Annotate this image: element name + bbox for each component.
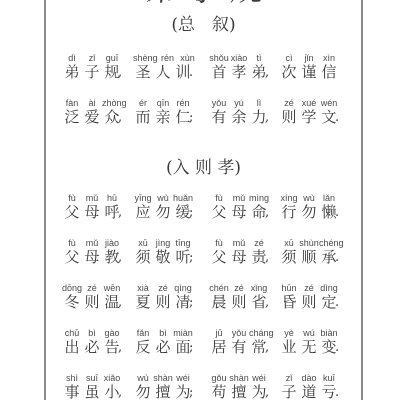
hanzi-character: 业 — [279, 339, 299, 356]
pinyin-syllable: yè — [279, 328, 299, 338]
pinyin-syllable: gào — [102, 328, 122, 338]
phrase-group: hūnzédìng昏则定. — [279, 283, 355, 311]
verse-row: fùmǔjiào父母教,xūjìngtīng须敬听;fùmǔzé父母责,xūsh… — [62, 238, 362, 266]
pinyin-line: fànàizhòng — [62, 98, 133, 108]
pinyin-line: xíngwùlǎn — [279, 193, 355, 203]
phrase-group: jūyǒucháng居有常, — [209, 328, 279, 356]
hanzi-character: 事 — [62, 384, 82, 400]
pinyin-syllable: rén — [173, 98, 193, 108]
hanzi-character: 父 — [62, 204, 82, 221]
pinyin-syllable: bì — [153, 328, 173, 338]
punctuation-mark: , — [265, 64, 269, 81]
punctuation-mark: , — [265, 384, 269, 400]
hanzi-character: 则 — [299, 294, 319, 311]
hanzi-character: 子 — [279, 384, 299, 400]
punctuation-mark: , — [118, 339, 122, 356]
hanzi-character: 冬 — [62, 294, 82, 311]
text-content: (总 叙) dìzǐguī弟子规,shèngrénxùn圣人训.shǒuxiào… — [62, 0, 362, 400]
pinyin-syllable: yǒu — [209, 98, 229, 108]
hanzi-line: 而亲仁; — [133, 109, 209, 126]
punctuation-mark: ; — [189, 294, 193, 311]
pinyin-syllable: fù — [62, 193, 82, 203]
phrase-group: xūjìngtīng须敬听; — [133, 238, 209, 266]
punctuation-mark: ; — [189, 204, 193, 221]
phrase-group: fùmǔjiào父母教, — [62, 238, 133, 266]
hanzi-character: 而 — [133, 109, 153, 126]
pinyin-syllable: rén — [158, 53, 178, 63]
pinyin-line: yèwúbiàn — [279, 328, 355, 338]
phrase-group: zéxuéwén则学文. — [279, 98, 355, 126]
phrase-group: cìjǐnxìn次谨信 — [279, 53, 355, 81]
phrase-group: fùmǔhū父母呼, — [62, 193, 133, 221]
pinyin-syllable: dào — [299, 373, 319, 383]
punctuation-mark: , — [265, 204, 269, 221]
punctuation-mark: ; — [189, 109, 193, 126]
hanzi-line: 苟擅为, — [209, 384, 279, 400]
phrase-group: fànàizhòng泛爱众, — [62, 98, 133, 126]
pinyin-syllable: dōng — [62, 283, 82, 293]
pinyin-line: xūjìngtīng — [133, 238, 209, 248]
hanzi-line: 则学文. — [279, 109, 355, 126]
phrase-group: zǐdàokuī子道亏. — [279, 373, 355, 400]
left-rule-line — [44, 0, 46, 400]
pinyin-syllable: shèng — [133, 53, 158, 63]
hanzi-character: 擅 — [229, 384, 249, 400]
hanzi-line: 夏则凊; — [133, 294, 209, 311]
hanzi-character: 应 — [133, 204, 153, 221]
phrase-group: wùshànwéi勿擅为; — [133, 373, 209, 400]
punctuation-mark: ; — [189, 339, 193, 356]
pinyin-syllable: mǔ — [229, 238, 249, 248]
phrase-group: dōngzéwēn冬则温, — [62, 283, 133, 311]
hanzi-character: 须 — [279, 249, 299, 266]
punctuation-mark: . — [335, 109, 339, 126]
pinyin-line: shìsuīxiǎo — [62, 373, 133, 383]
hanzi-character: 则 — [82, 294, 102, 311]
pinyin-line: dìzǐguī — [62, 53, 133, 63]
pinyin-syllable: xíng — [279, 193, 299, 203]
hanzi-line: 反必面; — [133, 339, 209, 356]
punctuation-mark: . — [335, 249, 339, 266]
hanzi-character: 爱 — [82, 109, 102, 126]
pinyin-line: zéxuéwén — [279, 98, 355, 108]
pinyin-syllable: xū — [279, 238, 299, 248]
hanzi-character: 母 — [82, 204, 102, 221]
pinyin-syllable: fù — [209, 238, 229, 248]
hanzi-line: 昏则定. — [279, 294, 355, 311]
pinyin-syllable: fàn — [62, 98, 82, 108]
hanzi-character: 出 — [62, 339, 82, 356]
pinyin-line: fùmǔmìng — [209, 193, 279, 203]
pinyin-syllable: zé — [279, 98, 299, 108]
verse-row: shìsuīxiǎo事虽小,wùshànwéi勿擅为;gǒushànwéi苟擅为… — [62, 373, 362, 400]
hanzi-line: 晨则省, — [209, 294, 279, 311]
verse-row: fànàizhòng泛爱众,érqīnrén而亲仁;yǒuyúlì有余力,zéx… — [62, 98, 362, 126]
phrase-group: fùmǔmìng父母命, — [209, 193, 279, 221]
pinyin-syllable: biàn — [319, 328, 339, 338]
hanzi-line: 须顺承. — [279, 249, 355, 266]
pinyin-syllable: shàn — [229, 373, 249, 383]
pinyin-syllable: ér — [133, 98, 153, 108]
pinyin-syllable: xiǎo — [102, 373, 122, 383]
hanzi-line: 圣人训. — [133, 64, 209, 81]
hanzi-character: 首 — [209, 64, 229, 81]
phrase-group: yīngwùhuǎn应勿缓; — [133, 193, 209, 221]
pinyin-syllable: mǔ — [82, 238, 102, 248]
punctuation-mark: . — [335, 204, 339, 221]
pinyin-syllable: yīng — [133, 193, 153, 203]
pinyin-line: jūyǒucháng — [209, 328, 279, 338]
hanzi-line: 父母责, — [209, 249, 279, 266]
punctuation-mark: , — [265, 339, 269, 356]
pinyin-syllable: suī — [82, 373, 102, 383]
pinyin-syllable: dìng — [319, 283, 339, 293]
pinyin-syllable: zé — [299, 283, 319, 293]
hanzi-character: 勿 — [153, 204, 173, 221]
hanzi-character: 母 — [229, 204, 249, 221]
pinyin-line: gǒushànwéi — [209, 373, 279, 383]
hanzi-character: 道 — [299, 384, 319, 400]
pinyin-line: yīngwùhuǎn — [133, 193, 209, 203]
pinyin-syllable: shì — [62, 373, 82, 383]
punctuation-mark: , — [118, 384, 122, 400]
punctuation-mark: , — [118, 64, 122, 81]
hanzi-character: 学 — [299, 109, 319, 126]
hanzi-line: 出必告, — [62, 339, 133, 356]
pinyin-syllable: mǔ — [229, 193, 249, 203]
hanzi-character: 必 — [153, 339, 173, 356]
pinyin-line: érqīnrén — [133, 98, 209, 108]
hanzi-character: 无 — [299, 339, 319, 356]
phrase-group: shìsuīxiǎo事虽小, — [62, 373, 133, 400]
hanzi-character: 须 — [133, 249, 153, 266]
hanzi-character: 泛 — [62, 109, 82, 126]
pinyin-syllable: mìng — [249, 193, 269, 203]
phrase-group: chénzéxǐng晨则省, — [209, 283, 279, 311]
hanzi-character: 行 — [279, 204, 299, 221]
punctuation-mark: , — [265, 109, 269, 126]
pinyin-syllable: kuī — [319, 373, 339, 383]
pinyin-line: xiàzéqìng — [133, 283, 209, 293]
punctuation-mark: ; — [189, 384, 193, 400]
pinyin-syllable: jū — [209, 328, 229, 338]
hanzi-character: 则 — [229, 294, 249, 311]
punctuation-mark: . — [335, 294, 339, 311]
pinyin-syllable: cì — [279, 53, 299, 63]
punctuation-mark: , — [118, 109, 122, 126]
hanzi-line: 有余力, — [209, 109, 279, 126]
verse-list: fùmǔhū父母呼,yīngwùhuǎn应勿缓;fùmǔmìng父母命,xíng… — [62, 193, 362, 400]
pinyin-syllable: shǒu — [209, 53, 229, 63]
hanzi-line: 父母命, — [209, 204, 279, 221]
hanzi-character: 晨 — [209, 294, 229, 311]
pinyin-syllable: xué — [299, 98, 319, 108]
hanzi-character: 父 — [62, 249, 82, 266]
pinyin-syllable: wén — [319, 98, 339, 108]
hanzi-character: 昏 — [279, 294, 299, 311]
pinyin-syllable: lì — [249, 98, 269, 108]
pinyin-syllable: fǎn — [133, 328, 153, 338]
pinyin-syllable: yǒu — [229, 328, 249, 338]
phrase-group: yèwúbiàn业无变. — [279, 328, 355, 356]
hanzi-line: 子道亏. — [279, 384, 355, 400]
pinyin-syllable: hūn — [279, 283, 299, 293]
pinyin-syllable: zé — [249, 238, 269, 248]
pinyin-syllable: ài — [82, 98, 102, 108]
punctuation-mark: ; — [189, 249, 193, 266]
hanzi-character: 擅 — [153, 384, 173, 400]
hanzi-character: 母 — [82, 249, 102, 266]
pinyin-syllable: wù — [153, 193, 173, 203]
phrase-group: dìzǐguī弟子规, — [62, 53, 133, 81]
hanzi-line: 行勿懒. — [279, 204, 355, 221]
pinyin-syllable: hū — [102, 193, 122, 203]
section-general-preface: (总 叙) dìzǐguī弟子规,shèngrénxùn圣人训.shǒuxiào… — [62, 14, 362, 126]
pinyin-syllable: chū — [62, 328, 82, 338]
punctuation-mark: , — [118, 294, 122, 311]
hanzi-character: 居 — [209, 339, 229, 356]
hanzi-line: 勿擅为; — [133, 384, 209, 400]
phrase-group: gǒushànwéi苟擅为, — [209, 373, 279, 400]
pinyin-line: dōngzéwēn — [62, 283, 133, 293]
hanzi-character: 谨 — [299, 64, 319, 81]
verse-row: chūbìgào出必告,fǎnbìmiàn反必面;jūyǒucháng居有常,y… — [62, 328, 362, 356]
hanzi-character: 勿 — [299, 204, 319, 221]
pinyin-syllable: tì — [249, 53, 269, 63]
pinyin-syllable: guī — [102, 53, 122, 63]
pinyin-syllable: gǒu — [209, 373, 229, 383]
hanzi-line: 冬则温, — [62, 294, 133, 311]
pinyin-syllable: jǐn — [299, 53, 319, 63]
pinyin-line: fùmǔjiào — [62, 238, 133, 248]
hanzi-character: 亲 — [153, 109, 173, 126]
hanzi-character: 父 — [209, 204, 229, 221]
scanned-document-page: 弟 子 规 (总 叙) dìzǐguī弟子规,shèngrénxùn圣人训.sh… — [0, 0, 400, 400]
hanzi-line: 弟子规, — [62, 64, 133, 81]
punctuation-mark: , — [118, 204, 122, 221]
hanzi-character: 必 — [82, 339, 102, 356]
hanzi-character: 父 — [209, 249, 229, 266]
pinyin-line: fǎnbìmiàn — [133, 328, 209, 338]
pinyin-syllable: chén — [209, 283, 229, 293]
hanzi-line: 居有常, — [209, 339, 279, 356]
hanzi-character: 圣 — [133, 64, 153, 81]
hanzi-line: 次谨信 — [279, 64, 355, 81]
phrase-group: shèngrénxùn圣人训. — [133, 53, 209, 81]
pinyin-syllable: huǎn — [173, 193, 193, 203]
verse-row: fùmǔhū父母呼,yīngwùhuǎn应勿缓;fùmǔmìng父母命,xíng… — [62, 193, 362, 221]
phrase-group: xiàzéqìng夏则凊; — [133, 283, 209, 311]
pinyin-line: hūnzédìng — [279, 283, 355, 293]
punctuation-mark: . — [335, 339, 339, 356]
hanzi-line: 泛爱众, — [62, 109, 133, 126]
pinyin-line: chénzéxǐng — [209, 283, 279, 293]
hanzi-line: 应勿缓; — [133, 204, 209, 221]
phrase-group: fùmǔzé父母责, — [209, 238, 279, 266]
pinyin-syllable: bì — [82, 328, 102, 338]
punctuation-mark: . — [335, 384, 339, 400]
pinyin-syllable: fù — [209, 193, 229, 203]
hanzi-character: 虽 — [82, 384, 102, 400]
pinyin-syllable: zǐ — [82, 53, 102, 63]
pinyin-syllable: xū — [133, 238, 153, 248]
punctuation-mark: , — [265, 294, 269, 311]
hanzi-character: 余 — [229, 109, 249, 126]
hanzi-line: 事虽小, — [62, 384, 133, 400]
pinyin-syllable: shàn — [153, 373, 173, 383]
hanzi-line: 业无变. — [279, 339, 355, 356]
pinyin-syllable: xià — [133, 283, 153, 293]
verse-row: dōngzéwēn冬则温,xiàzéqìng夏则凊;chénzéxǐng晨则省,… — [62, 283, 362, 311]
hanzi-character: 母 — [229, 249, 249, 266]
hanzi-character: 有 — [209, 109, 229, 126]
hanzi-character: 子 — [82, 64, 102, 81]
pinyin-syllable: jiào — [102, 238, 122, 248]
pinyin-syllable: qìng — [173, 283, 193, 293]
hanzi-line: 父母教, — [62, 249, 133, 266]
pinyin-syllable: zé — [229, 283, 249, 293]
pinyin-syllable: yú — [229, 98, 249, 108]
pinyin-line: fùmǔzé — [209, 238, 279, 248]
hanzi-character: 夏 — [133, 294, 153, 311]
phrase-group: xūshùnchéng须顺承. — [279, 238, 355, 266]
pinyin-line: shèngrénxùn — [133, 53, 209, 63]
pinyin-syllable: xǐng — [249, 283, 269, 293]
hanzi-character: 顺 — [299, 249, 319, 266]
punctuation-mark: , — [265, 249, 269, 266]
pinyin-syllable: zé — [82, 283, 102, 293]
hanzi-character: 苟 — [209, 384, 229, 400]
hanzi-character: 人 — [153, 64, 173, 81]
pinyin-syllable: cháng — [249, 328, 274, 338]
hanzi-line: 父母呼, — [62, 204, 133, 221]
hanzi-character: 反 — [133, 339, 153, 356]
pinyin-syllable: zé — [153, 283, 173, 293]
pinyin-syllable: wéi — [249, 373, 269, 383]
phrase-group: xíngwùlǎn行勿懒. — [279, 193, 355, 221]
pinyin-syllable: jìng — [153, 238, 173, 248]
pinyin-syllable: lǎn — [319, 193, 339, 203]
hanzi-character: 勿 — [133, 384, 153, 400]
hanzi-character: 则 — [153, 294, 173, 311]
pinyin-line: zǐdàokuī — [279, 373, 355, 383]
hanzi-character: 敬 — [153, 249, 173, 266]
pinyin-line: shǒuxiàotì — [209, 53, 279, 63]
hanzi-character: 弟 — [62, 64, 82, 81]
verse-list: dìzǐguī弟子规,shèngrénxùn圣人训.shǒuxiàotì首孝弟,… — [62, 53, 362, 126]
pinyin-line: xūshùnchéng — [279, 238, 355, 248]
punctuation-mark: , — [118, 249, 122, 266]
pinyin-syllable: zhòng — [102, 98, 127, 108]
hanzi-character: 信 — [319, 64, 339, 81]
pinyin-syllable: xìn — [319, 53, 339, 63]
pinyin-syllable: dì — [62, 53, 82, 63]
pinyin-syllable: xiào — [229, 53, 249, 63]
phrase-group: shǒuxiàotì首孝弟, — [209, 53, 279, 81]
pinyin-syllable: miàn — [173, 328, 193, 338]
phrase-group: yǒuyúlì有余力, — [209, 98, 279, 126]
pinyin-line: fùmǔhū — [62, 193, 133, 203]
pinyin-line: cìjǐnxìn — [279, 53, 355, 63]
pinyin-syllable: zǐ — [279, 373, 299, 383]
pinyin-syllable: wú — [299, 328, 319, 338]
pinyin-syllable: xùn — [178, 53, 198, 63]
phrase-group: fǎnbìmiàn反必面; — [133, 328, 209, 356]
pinyin-syllable: wéi — [173, 373, 193, 383]
pinyin-line: yǒuyúlì — [209, 98, 279, 108]
section-header: (总 叙) — [45, 14, 362, 36]
hanzi-character: 则 — [279, 109, 299, 126]
hanzi-character: 次 — [279, 64, 299, 81]
pinyin-syllable: wēn — [102, 283, 122, 293]
hanzi-character: 孝 — [229, 64, 249, 81]
verse-row: dìzǐguī弟子规,shèngrénxùn圣人训.shǒuxiàotì首孝弟,… — [62, 53, 362, 81]
pinyin-syllable: tīng — [173, 238, 193, 248]
pinyin-syllable: shùn — [299, 238, 319, 248]
pinyin-line: chūbìgào — [62, 328, 133, 338]
section-header: (入 则 孝) — [45, 157, 362, 179]
pinyin-syllable: wù — [299, 193, 319, 203]
pinyin-syllable: fù — [62, 238, 82, 248]
pinyin-syllable: qīn — [153, 98, 173, 108]
pinyin-syllable: mǔ — [82, 193, 102, 203]
hanzi-character: 有 — [229, 339, 249, 356]
hanzi-line: 首孝弟, — [209, 64, 279, 81]
phrase-group: érqīnrén而亲仁; — [133, 98, 209, 126]
pinyin-syllable: chéng — [319, 238, 344, 248]
section-filial-piety-at-home: (入 则 孝) fùmǔhū父母呼,yīngwùhuǎn应勿缓;fùmǔmìng… — [62, 157, 362, 400]
hanzi-line: 须敬听; — [133, 249, 209, 266]
phrase-group: chūbìgào出必告, — [62, 328, 133, 356]
punctuation-mark: . — [189, 64, 193, 81]
pinyin-line: wùshànwéi — [133, 373, 209, 383]
pinyin-syllable: wù — [133, 373, 153, 383]
